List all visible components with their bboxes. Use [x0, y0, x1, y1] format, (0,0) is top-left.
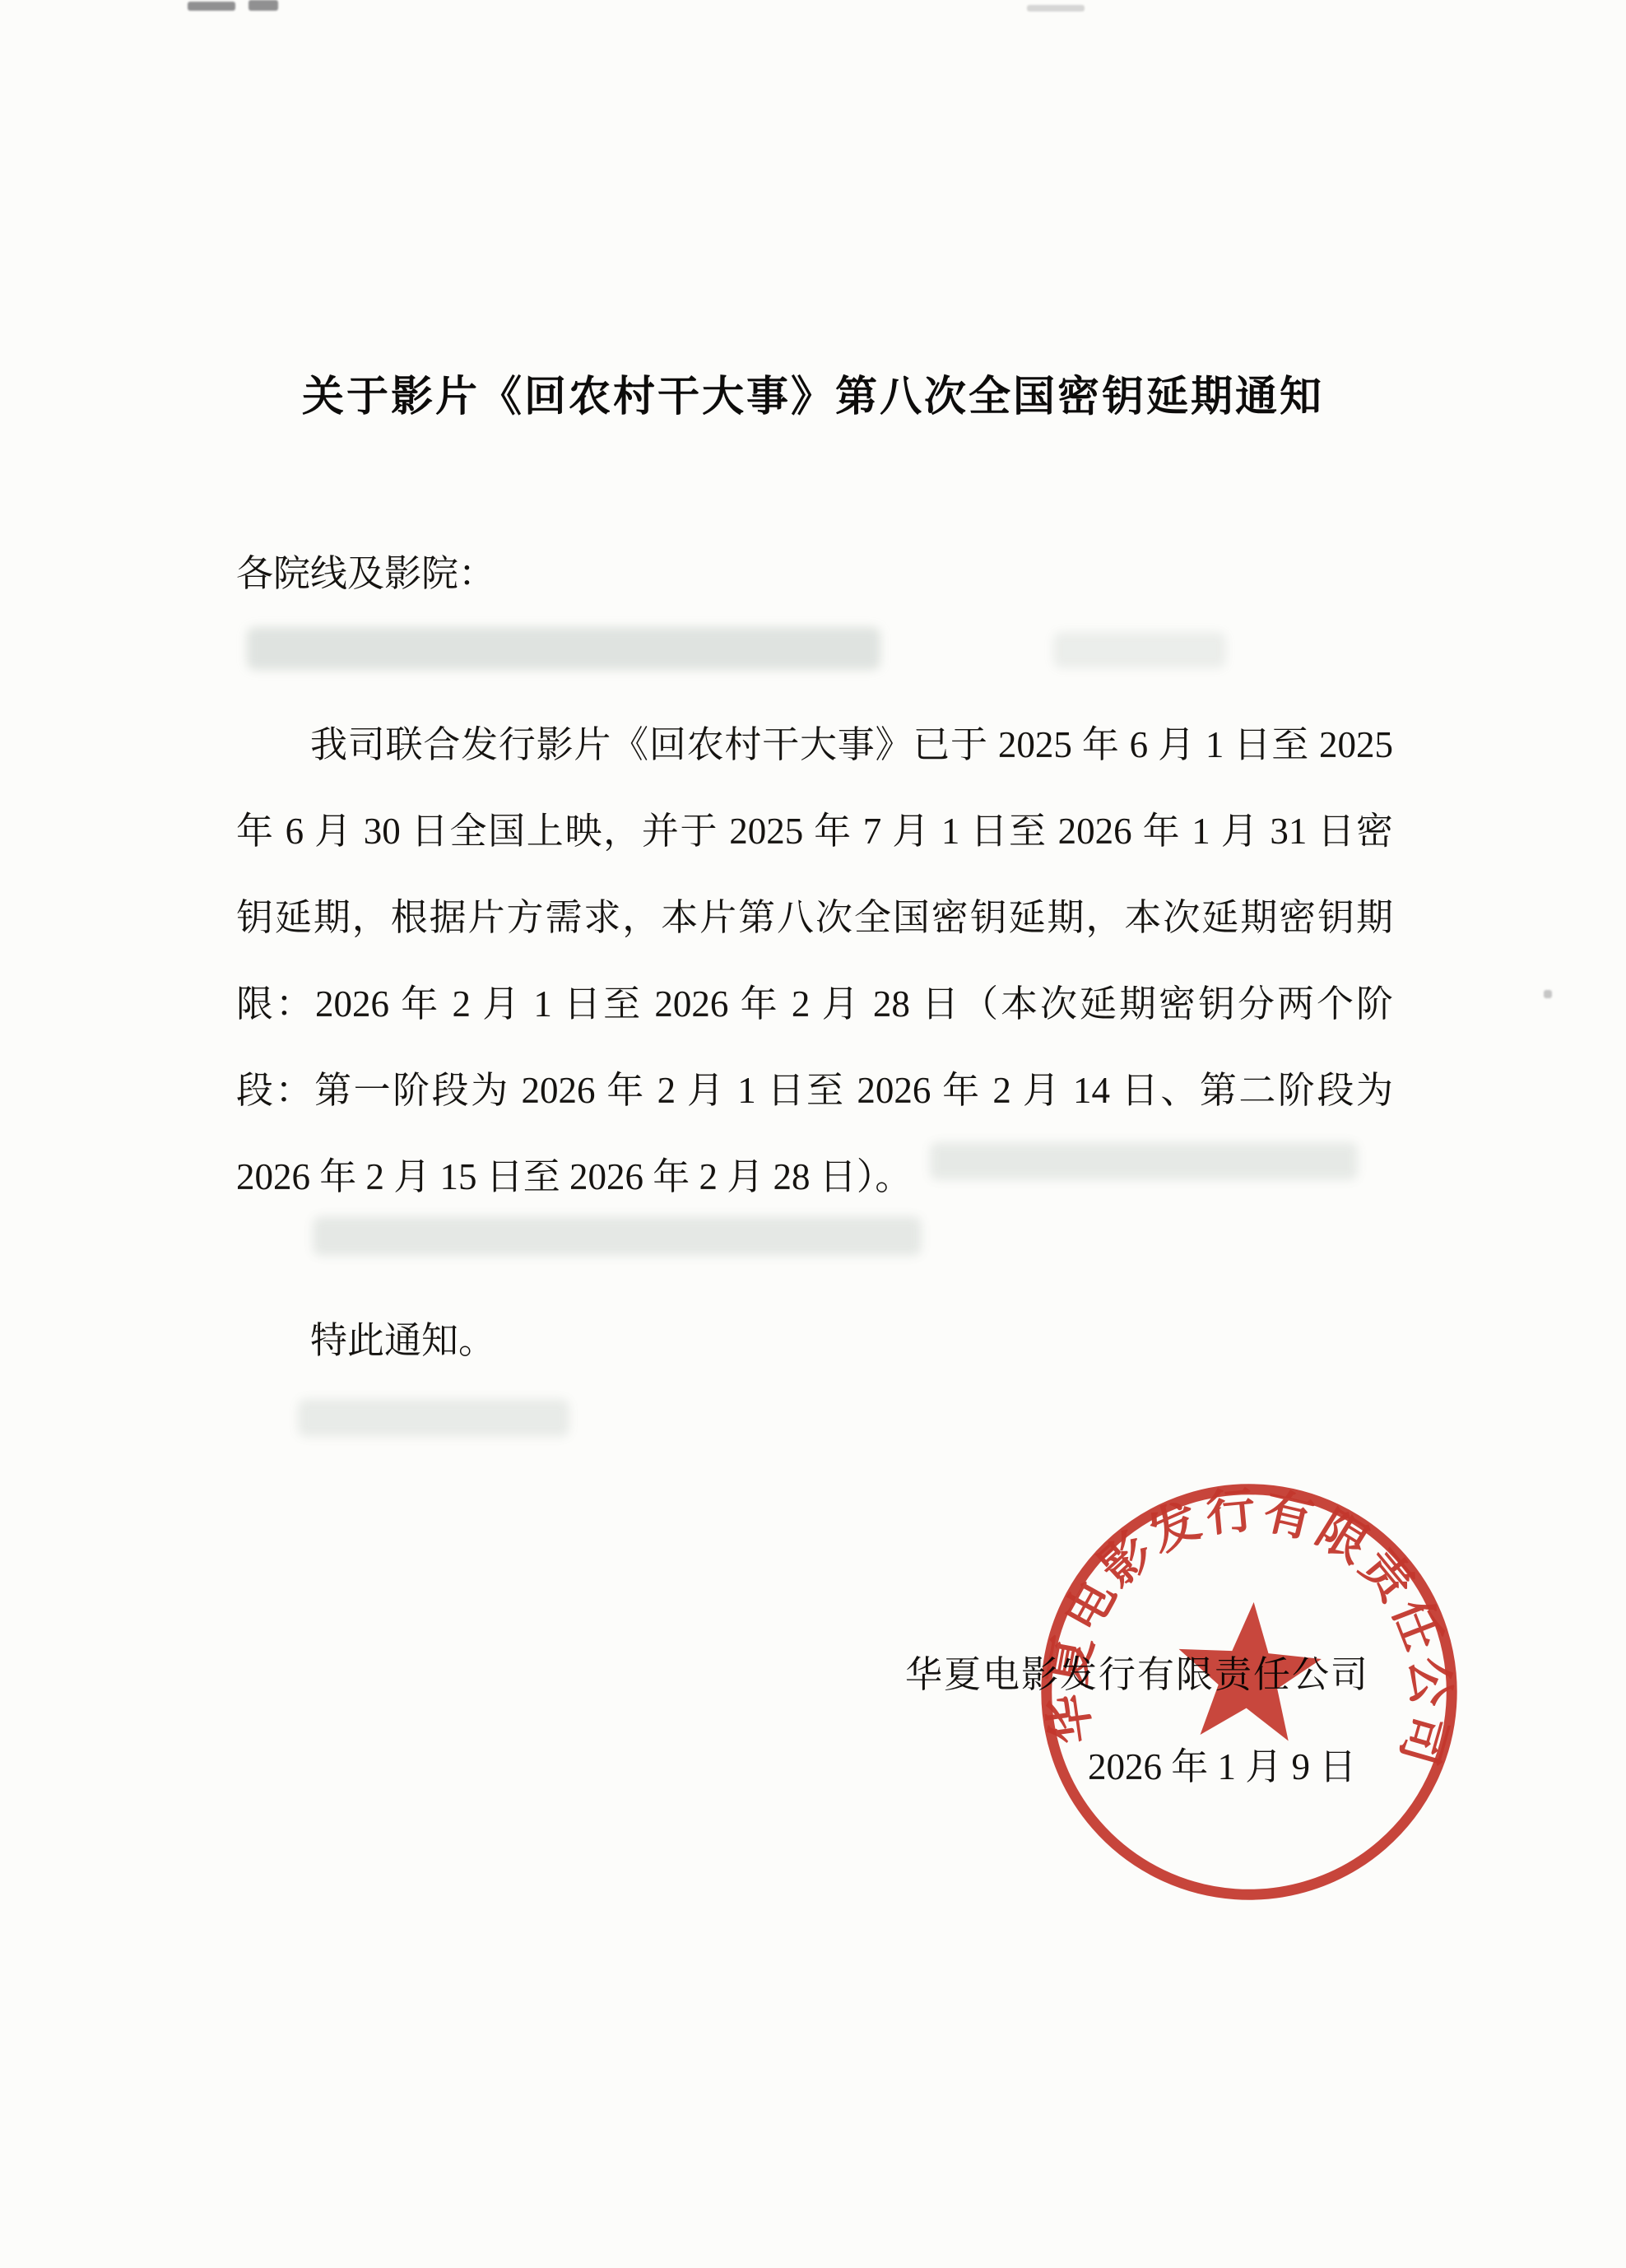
body-line-3: 钥延期，根据片方需求，本片第八次全国密钥延期，本次延期密钥期: [236, 887, 1393, 941]
company-seal: 华夏电影发行有限责任公司: [1005, 1448, 1493, 1936]
scan-speck: [1027, 5, 1085, 12]
body-line-2: 年 6 月 30 日全国上映，并于 2025 年 7 月 1 日至 2026 年…: [236, 801, 1393, 854]
body-line-5: 段：第一阶段为 2026 年 2 月 1 日至 2026 年 2 月 14 日、…: [236, 1060, 1393, 1113]
closing-phrase: 特此通知。: [310, 1310, 495, 1364]
star-icon: [1173, 1597, 1325, 1743]
scan-speck: [249, 0, 278, 11]
body-line-1: 我司联合发行影片《回农村干大事》已于 2025 年 6 月 1 日至 2025: [236, 714, 1393, 768]
bleed-through-smudge: [1053, 632, 1226, 668]
salutation: 各院线及影院：: [236, 543, 495, 597]
body-line-4: 限：2026 年 2 月 1 日至 2026 年 2 月 28 日（本次延期密钥…: [236, 974, 1393, 1027]
body-line-6: 2026 年 2 月 15 日至 2026 年 2 月 28 日）。: [236, 1146, 1393, 1200]
bleed-through-smudge: [313, 1216, 922, 1256]
scanned-page: 关于影片《回农村干大事》第八次全国密钥延期通知 各院线及影院： 我司联合发行影片…: [0, 0, 1626, 2268]
document-title: 关于影片《回农村干大事》第八次全国密钥延期通知: [0, 362, 1626, 423]
bleed-through-smudge: [298, 1399, 569, 1437]
bleed-through-smudge: [247, 627, 880, 670]
scan-speck: [188, 2, 235, 11]
scan-speck: [1544, 990, 1552, 998]
